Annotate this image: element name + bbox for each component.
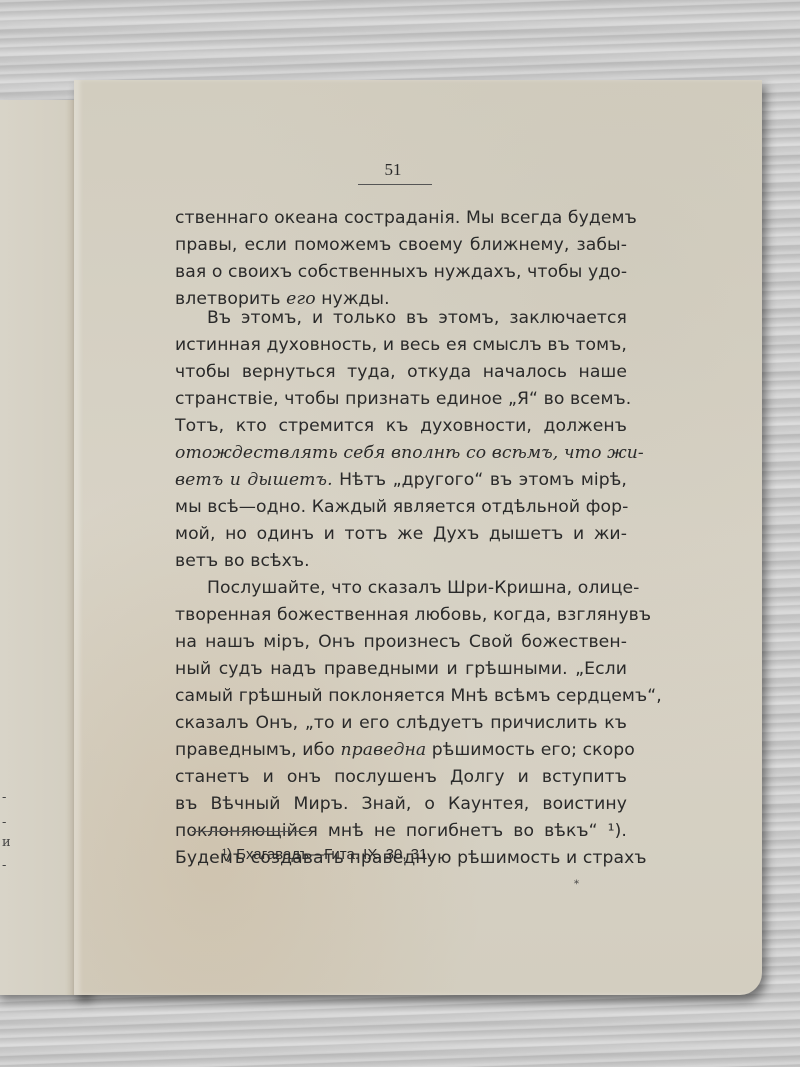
- text-line: истинная духовность, и весь ея смыслъ въ…: [175, 334, 627, 356]
- text-line: на нашъ міръ, Онъ произнесъ Свой божеств…: [175, 631, 627, 653]
- text-span: праведнымъ, ибо: [175, 740, 340, 760]
- text-span: Нѣтъ „другого“ въ этомъ мірѣ,: [333, 470, 627, 490]
- footnote-text: Бхагавадъ—Гита. IX, 30, 31.: [236, 846, 431, 863]
- left-page-fragment: -: [2, 858, 6, 873]
- text-line: мой, но одинъ и тотъ же Духъ дышетъ и жи…: [175, 523, 627, 545]
- text-line: правы, если поможемъ своему ближнему, за…: [175, 234, 627, 256]
- text-line: странствіе, чтобы признать единое „Я“ во…: [175, 388, 627, 410]
- left-page-fragment: -: [2, 790, 6, 805]
- text-line: Въ этомъ, и только въ этомъ, заключается: [207, 307, 627, 329]
- text-line: отождествлять себя вполнѣ со всѣмъ, что …: [175, 442, 627, 464]
- text-line: мы всѣ—одно. Каждый является отдѣльной ф…: [175, 496, 627, 518]
- text-line: станетъ и онъ послушенъ Долгу и вступитъ: [175, 766, 627, 788]
- footnote: ¹) Бхагавадъ—Гита. IX, 30, 31.: [222, 846, 432, 863]
- text-line: въ Вѣчный Миръ. Знай, о Каунтея, воистин…: [175, 793, 627, 815]
- text-line: Послушайте, что сказалъ Шри-Кришна, олиц…: [207, 577, 627, 599]
- text-line: сказалъ Онъ, „то и его слѣдуетъ причисли…: [175, 712, 627, 734]
- ink-speck: *: [574, 879, 579, 890]
- left-page-fragment: и: [2, 835, 11, 850]
- footnote-marker: ¹): [222, 846, 232, 863]
- footnote-rule: [192, 831, 310, 832]
- page-number-rule: [358, 184, 432, 185]
- text-span: нужды.: [316, 289, 390, 309]
- italic-span: праведна: [340, 740, 426, 760]
- text-line: ветъ во всѣхъ.: [175, 550, 627, 572]
- text-line: вая о своихъ собственныхъ нуждахъ, чтобы…: [175, 261, 627, 283]
- text-line: самый грѣшный поклоняется Мнѣ всѣмъ серд…: [175, 685, 627, 707]
- text-line: творенная божественная любовь, когда, вз…: [175, 604, 627, 626]
- text-line: Тотъ, кто стремится къ духовности, долже…: [175, 415, 627, 437]
- text-line: праведнымъ, ибо праведна рѣшимость его; …: [175, 739, 627, 761]
- italic-span: ветъ и дышетъ.: [175, 470, 333, 490]
- left-page-fragment: -: [2, 815, 6, 830]
- text-line: ственнаго океана состраданія. Мы всегда …: [175, 207, 627, 229]
- text-span: влетворить: [175, 289, 286, 309]
- text-line: ный судъ надъ праведными и грѣшными. „Ес…: [175, 658, 627, 680]
- text-line: чтобы вернуться туда, откуда началось на…: [175, 361, 627, 383]
- italic-span: отождествлять себя вполнѣ со всѣмъ, что …: [175, 443, 644, 463]
- text-line: ветъ и дышетъ. Нѣтъ „другого“ въ этомъ м…: [175, 469, 627, 491]
- page-number: 51: [356, 160, 430, 180]
- italic-span: его: [286, 289, 316, 309]
- text-span: рѣшимость его; скоро: [426, 740, 635, 760]
